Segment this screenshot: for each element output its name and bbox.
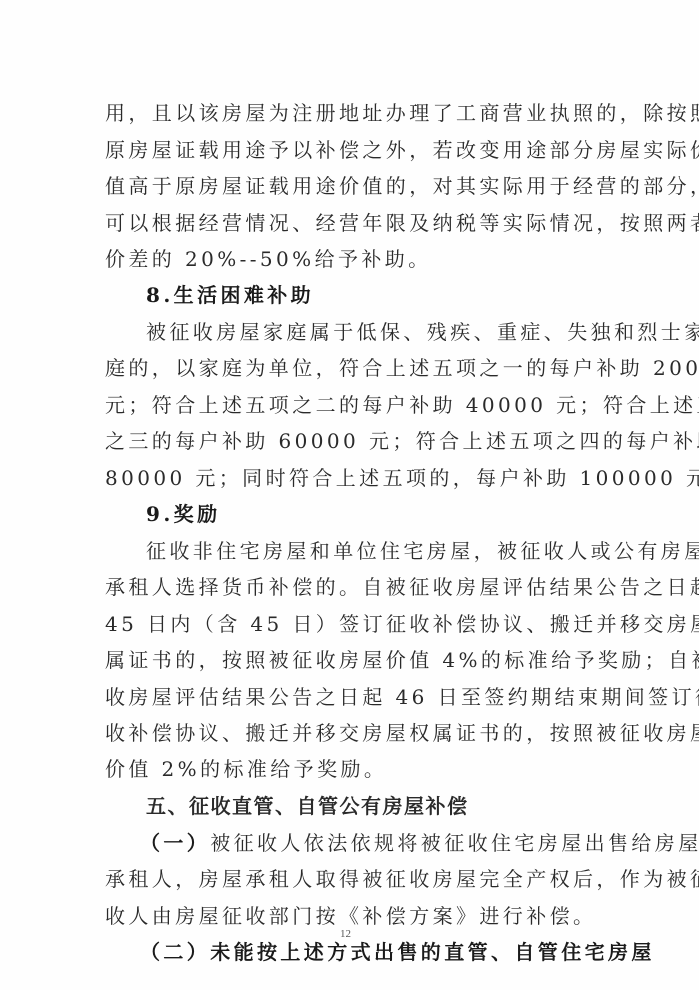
paragraph-line: 可以根据经营情况、经营年限及纳税等实际情况，按照两者 — [105, 211, 595, 235]
subheading-two: （二）未能按上述方式出售的直管、自管住宅房屋 — [140, 940, 590, 964]
paragraph-line: 价差的 20%--50%给予补助。 — [105, 247, 595, 271]
paragraph-line: 值高于原房屋证载用途价值的，对其实际用于经营的部分， — [105, 174, 595, 198]
paragraph-line: 之三的每户补助 60000 元；符合上述五项之四的每户补助 — [105, 429, 595, 453]
paragraph-line: 收人由房屋征收部门按《补偿方案》进行补偿。 — [105, 904, 595, 928]
item-lead: （一） — [140, 831, 210, 855]
paragraph-line: 承租人选择货币补偿的。自被征收房屋评估结果公告之日起 — [105, 575, 595, 599]
section-heading-five: 五、征收直管、自管公有房屋补偿 — [146, 794, 636, 818]
paragraph-line: 收补偿协议、搬迁并移交房屋权属证书的，按照被征收房屋 — [105, 721, 595, 745]
paragraph-line: 元；符合上述五项之二的每户补助 40000 元；符合上述五项 — [105, 393, 595, 417]
paragraph-line: 庭的，以家庭为单位，符合上述五项之一的每户补助 20000 — [105, 356, 595, 380]
paragraph-line: 用，且以该房屋为注册地址办理了工商营业执照的，除按照 — [105, 101, 595, 125]
paragraph-line: 被征收房屋家庭属于低保、残疾、重症、失独和烈士家 — [146, 320, 596, 344]
paragraph-line: 承租人，房屋承租人取得被征收房屋完全产权后，作为被征 — [105, 867, 595, 891]
paragraph-line: 属证书的，按照被征收房屋价值 4%的标准给予奖励；自被征 — [105, 648, 595, 672]
paragraph-line: 45 日内（含 45 日）签订征收补偿协议、搬迁并移交房屋权 — [105, 612, 595, 636]
document-page: 用，且以该房屋为注册地址办理了工商营业执照的，除按照 原房屋证载用途予以补偿之外… — [0, 0, 699, 990]
section-heading-8: 8.生活困难补助 — [146, 283, 596, 307]
paragraph-line: 价值 2%的标准给予奖励。 — [105, 757, 595, 781]
paragraph-line: 征收非住宅房屋和单位住宅房屋，被征收人或公有房屋 — [146, 539, 596, 563]
paragraph-line: 收房屋评估结果公告之日起 46 日至签约期结束期间签订征 — [105, 685, 595, 709]
paragraph-line: 原房屋证载用途予以补偿之外，若改变用途部分房屋实际价 — [105, 138, 595, 162]
paragraph-line: （一）被征收人依法依规将被征收住宅房屋出售给房屋 — [140, 831, 590, 855]
paragraph-line: 80000 元；同时符合上述五项的，每户补助 100000 元。 — [105, 466, 595, 490]
section-heading-9: 9.奖励 — [146, 502, 596, 526]
page-number: 12 — [340, 928, 351, 940]
item-text: 被征收人依法依规将被征收住宅房屋出售给房屋 — [210, 831, 699, 855]
